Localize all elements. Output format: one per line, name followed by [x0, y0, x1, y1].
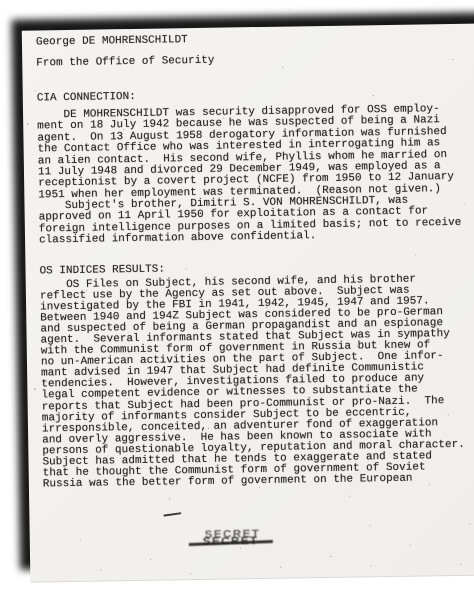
- scanned-page: George DE MOHRENSCHILDT From the Office …: [12, 12, 474, 586]
- section-heading-cia-connection: CIA CONNECTION:: [37, 91, 136, 105]
- subject-name-line: George DE MOHRENSCHILDT: [36, 34, 188, 48]
- secret-stamp: SECRET SECRET: [189, 528, 275, 555]
- paragraph-cia-1: DE MOHRENSCHILDT was security disapprove…: [37, 104, 454, 202]
- section-heading-os-indices: OS INDICES RESULTS:: [39, 264, 165, 278]
- paragraph-cia-2: Subject's brother, Dimitri S. VON MOHREN…: [38, 195, 461, 247]
- scanned-document-viewport: George DE MOHRENSCHILDT From the Office …: [0, 0, 474, 606]
- scan-noise-speckles: [22, 31, 23, 32]
- paragraph-os-indices: OS Files on Subject, his second wife, an…: [40, 274, 466, 491]
